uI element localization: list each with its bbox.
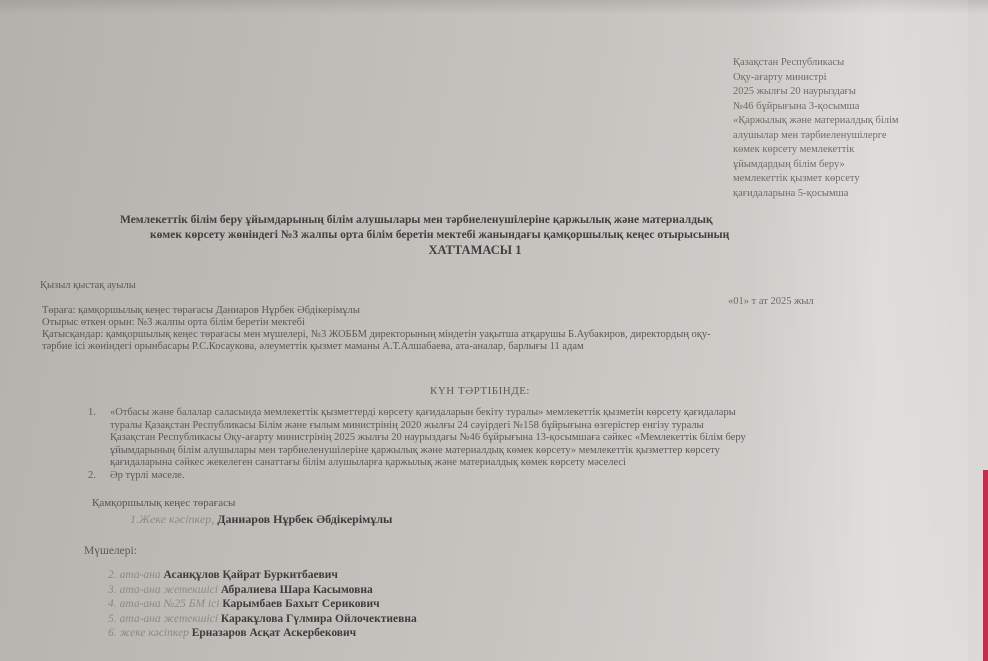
annex-line: ұйымдардың білім беру» bbox=[733, 158, 973, 173]
agenda-item: 2. Әр түрлі мәселе. bbox=[88, 470, 918, 483]
member-name: Карымбаев Бахыт Серикович bbox=[222, 598, 379, 610]
member-row: 4.ата-ана №25 БМ ісі Карымбаев Бахыт Сер… bbox=[108, 597, 417, 612]
member-index: 3. bbox=[108, 584, 117, 596]
members-label: Мүшелері: bbox=[84, 545, 137, 557]
member-row: 5.ата-ана жетекшісі Каракұлова Гүлмира О… bbox=[108, 612, 417, 627]
annex-header: Қазақстан Республикасы Оқу-ағарту минист… bbox=[733, 56, 973, 201]
meta-line: тәрбие ісі жөніндегі орынбасары Р.С.Коса… bbox=[42, 341, 922, 353]
annex-line: мемлекеттік қызмет көрсету bbox=[733, 172, 973, 187]
member-index: 2. bbox=[108, 569, 117, 581]
meta-line: Қатысқандар: қамқоршылық кеңес төрағасы … bbox=[42, 329, 922, 341]
meta-line: Отырыс өткен орын: №3 жалпы орта білім б… bbox=[42, 317, 922, 329]
title-line-3: ХАТТАМАСЫ 1 bbox=[120, 243, 880, 258]
chair-name: Даниаров Нұрбек Әбдікерімұлы bbox=[217, 512, 392, 526]
annex-line: алушылар мен тәрбиеленушілерге bbox=[733, 129, 973, 144]
member-name: Абралиева Шара Касымовна bbox=[221, 584, 373, 596]
title-line-1: Мемлекеттік білім беру ұйымдарының білім… bbox=[120, 213, 880, 228]
agenda-list: 1. «Отбасы және балалар саласында мемлек… bbox=[88, 407, 918, 482]
member-row: 6.жеке кәсіпкер Ерназаров Асқат Аскербек… bbox=[108, 626, 417, 641]
members-list: 2.ата-ана Асанқұлов Қайрат Буркитбаевич … bbox=[108, 568, 417, 641]
member-name: Ерназаров Асқат Аскербекович bbox=[192, 627, 356, 639]
agenda-line: қағидаларына сәйкес жекелеген санаттағы … bbox=[110, 457, 918, 470]
member-name: Асанқұлов Қайрат Буркитбаевич bbox=[163, 569, 337, 581]
agenda-line: ұйымдарының білім алушылары мен тәрбиеле… bbox=[110, 445, 918, 458]
member-row: 3.ата-ана жетекшісі Абралиева Шара Касым… bbox=[108, 583, 417, 598]
annex-line: көмек көрсету мемлекеттік bbox=[733, 143, 973, 158]
member-role: ата-ана №25 БМ ісі bbox=[120, 598, 220, 610]
paper-fold-shadow bbox=[0, 0, 988, 14]
member-index: 5. bbox=[108, 613, 117, 625]
chair-label: Қамқоршылық кеңес төрағасы bbox=[92, 497, 235, 509]
member-index: 4. bbox=[108, 598, 117, 610]
document-photo: Қазақстан Республикасы Оқу-ағарту минист… bbox=[0, 0, 988, 661]
binder-edge bbox=[983, 470, 988, 661]
agenda-item-number: 1. bbox=[88, 407, 110, 470]
agenda-item-number: 2. bbox=[88, 470, 110, 483]
agenda-item: 1. «Отбасы және балалар саласында мемлек… bbox=[88, 407, 918, 470]
member-role: ата-ана жетекшісі bbox=[120, 584, 218, 596]
agenda-heading: КҮН ТӘРТІБІНДЕ: bbox=[430, 385, 530, 397]
annex-line: №46 бұйрығына 3-қосымша bbox=[733, 100, 973, 115]
annex-line: қағидаларына 5-қосымша bbox=[733, 187, 973, 202]
member-role: ата-ана жетекшісі bbox=[120, 613, 218, 625]
document-title: Мемлекеттік білім беру ұйымдарының білім… bbox=[120, 213, 880, 258]
agenda-line: Әр түрлі мәселе. bbox=[110, 470, 918, 483]
agenda-line: «Отбасы және балалар саласында мемлекетт… bbox=[110, 407, 918, 420]
meta-line: Төраға: қамқоршылық кеңес төрағасы Даниа… bbox=[42, 305, 922, 317]
annex-line: «Қаржылық және материалдық білім bbox=[733, 114, 973, 129]
member-role: ата-ана bbox=[120, 569, 161, 581]
annex-line: Қазақстан Республикасы bbox=[733, 56, 973, 71]
annex-line: Оқу-ағарту министрі bbox=[733, 71, 973, 86]
member-role: жеке кәсіпкер bbox=[120, 627, 189, 639]
annex-line: 2025 жылғы 20 наурыздағы bbox=[733, 85, 973, 100]
member-index: 6. bbox=[108, 627, 117, 639]
chair-signature-line: 1.Жеке кәсіпкер, Даниаров Нұрбек Әбдікер… bbox=[130, 512, 392, 527]
agenda-line: туралы Қазақстан Республикасы Білім және… bbox=[110, 420, 918, 433]
meeting-info: Төраға: қамқоршылық кеңес төрағасы Даниа… bbox=[42, 305, 922, 353]
member-row: 2.ата-ана Асанқұлов Қайрат Буркитбаевич bbox=[108, 568, 417, 583]
title-line-2: көмек көрсету жөніндегі №3 жалпы орта бі… bbox=[120, 228, 880, 243]
agenda-line: Қазақстан Республикасы Оқу-ағарту минист… bbox=[110, 432, 918, 445]
place: Қызыл қыстақ ауылы bbox=[40, 280, 136, 291]
member-name: Каракұлова Гүлмира Ойлочектиевна bbox=[221, 613, 417, 625]
chair-role: 1.Жеке кәсіпкер, bbox=[130, 512, 214, 526]
